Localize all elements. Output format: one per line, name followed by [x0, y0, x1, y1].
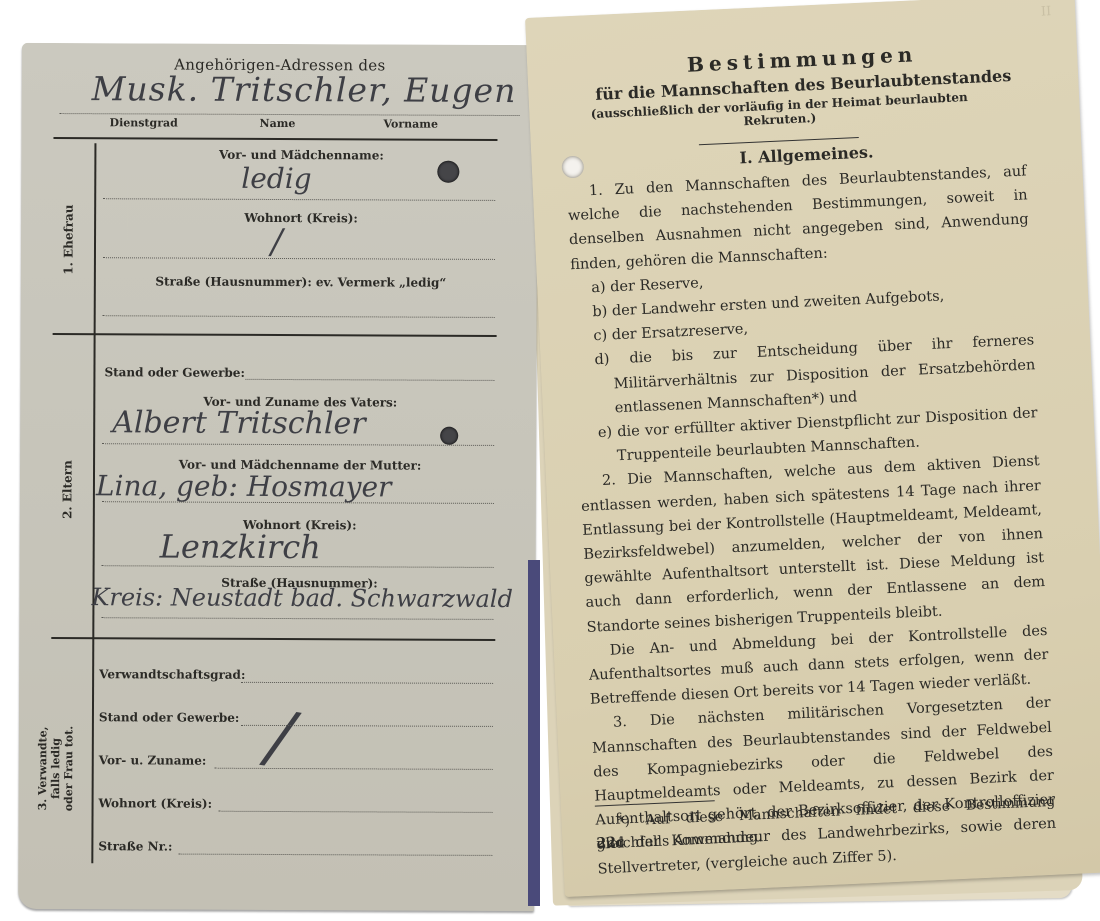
- field-label: Wohnort (Kreis):: [101, 210, 501, 226]
- dotted-line: [101, 617, 493, 620]
- handwritten-value: Albert Tritschler: [112, 405, 366, 441]
- dotted-line: [219, 811, 493, 813]
- field-label: Straße Nr.:: [98, 839, 172, 853]
- handwritten-value: Lina, geb: Hosmayer: [96, 469, 392, 503]
- print-mark: 22c: [596, 834, 625, 851]
- field-label: Verwandtschaftsgrad:: [99, 667, 245, 682]
- divider: [53, 333, 497, 337]
- name-captions: Dienstgrad Name Vorname: [22, 116, 538, 118]
- handwritten-value: Kreis: Neustadt bad. Schwarzwald: [91, 583, 512, 613]
- booklet-spine: [528, 560, 540, 906]
- handwritten-value: /: [271, 222, 283, 262]
- field-label: Vor- u. Zuname:: [99, 753, 207, 767]
- dotted-line: [178, 854, 492, 856]
- dotted-line: [241, 682, 493, 684]
- regulations-body: 1. Zu den Mannschaften des Beurlaubtenst…: [566, 159, 1057, 881]
- handwritten-soldier-name: Musk. Tritschler, Eugen: [92, 69, 517, 110]
- vertical-divider: [91, 143, 96, 863]
- dotted-line: [103, 257, 495, 260]
- caption-firstname: Vorname: [384, 117, 438, 130]
- punch-hole: [437, 161, 459, 183]
- left-page-family-addresses: Angehörigen-Adressen des Musk. Tritschle…: [18, 43, 538, 911]
- caption-rank: Dienstgrad: [110, 116, 178, 129]
- handwritten-value: /: [263, 695, 298, 780]
- handwritten-value: Lenzkirch: [160, 527, 321, 566]
- field-label: Straße (Hausnummer): ev. Vermerk „ledig“: [101, 274, 501, 290]
- dotted-line: [103, 315, 495, 318]
- dotted-line: [102, 501, 494, 504]
- section-label-wife: 1. Ehefrau: [62, 200, 75, 280]
- section-label-parents: 2. Eltern: [61, 450, 74, 530]
- dotted-line: [102, 443, 494, 446]
- divider: [53, 137, 497, 141]
- punch-hole: [440, 427, 458, 445]
- field-label: Vor- und Mädchenname:: [101, 147, 501, 163]
- paragraph-2: 2. Die Mannschaften, welche aus dem akti…: [580, 450, 1047, 640]
- dotted-line: [245, 379, 494, 381]
- section-label-relatives: 3. Verwandte, falls ledig oder Frau tot.: [36, 703, 76, 833]
- field-label: Stand oder Gewerbe:: [104, 365, 244, 380]
- dotted-line: [103, 198, 495, 201]
- field-label: Stand oder Gewerbe:: [99, 710, 239, 725]
- section-label-line: 3. Verwandte,: [36, 703, 50, 833]
- handwritten-value: ledig: [241, 162, 311, 195]
- page-number: II: [1041, 4, 1052, 19]
- divider: [51, 637, 495, 641]
- section-label-line: falls ledig: [49, 704, 63, 834]
- dotted-line: [102, 565, 494, 568]
- caption-surname: Name: [260, 117, 296, 130]
- right-page-regulations: II Bestimmungen für die Mannschaften des…: [525, 0, 1100, 897]
- section-label-line: oder Frau tot.: [62, 704, 76, 834]
- dotted-line: [215, 768, 493, 770]
- field-label: Wohnort (Kreis):: [99, 796, 213, 810]
- paragraph-3: 3. Die nächsten militärischen Vorgesetzt…: [591, 691, 1058, 881]
